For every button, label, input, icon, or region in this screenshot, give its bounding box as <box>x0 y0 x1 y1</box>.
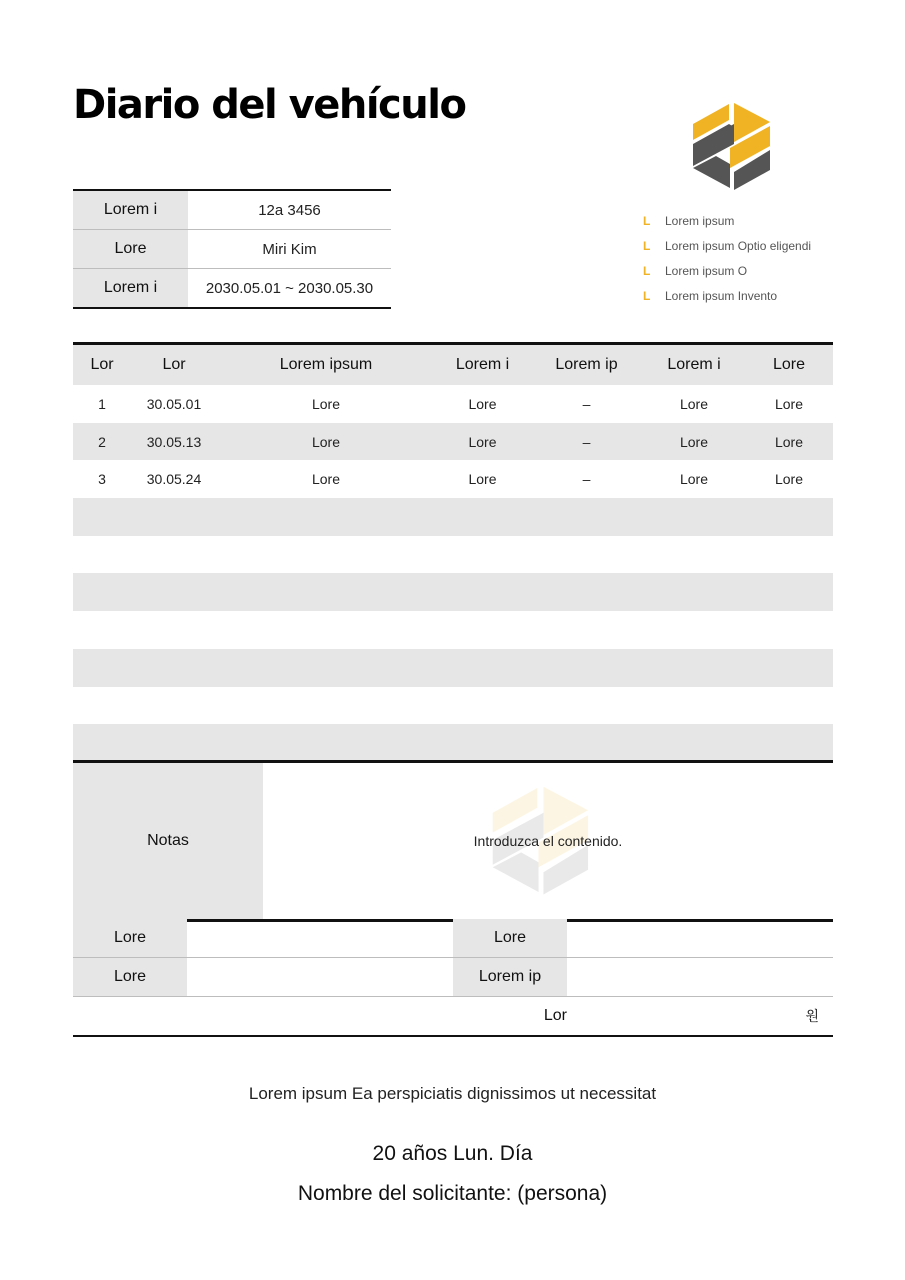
table-cell[interactable]: Lore <box>217 423 435 461</box>
applicant-line: Nombre del solicitante: (persona) <box>0 1182 905 1206</box>
table-cell[interactable] <box>745 724 833 762</box>
legend-item: LLorem ipsum <box>643 208 811 233</box>
info-row: Lorem i 12a 3456 <box>73 190 391 230</box>
corner-marker-icon: L <box>643 289 665 303</box>
form-row: Lore Lorem ip <box>73 958 833 997</box>
column-header: Lor <box>73 344 131 386</box>
empty-table-row <box>73 498 833 536</box>
column-header: Lorem ip <box>530 344 643 386</box>
info-value[interactable]: 12a 3456 <box>188 190 391 230</box>
table-cell[interactable] <box>217 724 435 762</box>
table-cell[interactable] <box>131 536 217 574</box>
table-cell[interactable] <box>131 573 217 611</box>
table-cell[interactable] <box>131 724 217 762</box>
table-cell[interactable]: 1 <box>73 385 131 423</box>
column-header: Lore <box>745 344 833 386</box>
table-cell[interactable]: Lore <box>745 423 833 461</box>
table-cell[interactable] <box>435 536 530 574</box>
table-cell[interactable] <box>745 611 833 649</box>
page-title: Diario del vehículo <box>73 82 465 128</box>
table-cell[interactable] <box>530 536 643 574</box>
table-cell[interactable]: Lore <box>435 385 530 423</box>
summary-form-table: Lore Lore Lore Lorem ip Lor 원 <box>73 919 833 1037</box>
table-cell[interactable] <box>217 611 435 649</box>
table-cell[interactable] <box>131 687 217 725</box>
corner-marker-icon: L <box>643 264 665 278</box>
table-cell[interactable] <box>217 573 435 611</box>
table-cell[interactable]: Lore <box>217 460 435 498</box>
table-cell[interactable] <box>73 687 131 725</box>
table-cell[interactable] <box>530 687 643 725</box>
statement-text: Lorem ipsum Ea perspiciatis dignissimos … <box>0 1084 905 1104</box>
legend-list: LLorem ipsum LLorem ipsum Optio eligendi… <box>643 208 811 308</box>
table-row: 130.05.01LoreLore–LoreLore <box>73 385 833 423</box>
column-header: Lorem ipsum <box>217 344 435 386</box>
corner-marker-icon: L <box>643 214 665 228</box>
table-cell[interactable]: Lore <box>643 460 745 498</box>
notes-input[interactable]: Introduzca el contenido. <box>263 763 833 919</box>
total-row: Lor 원 <box>73 997 833 1037</box>
table-cell[interactable] <box>131 649 217 687</box>
table-cell[interactable] <box>530 649 643 687</box>
table-cell[interactable] <box>73 498 131 536</box>
info-row: Lore Miri Kim <box>73 230 391 269</box>
currency-unit[interactable]: 원 <box>567 997 833 1037</box>
table-cell[interactable]: Lore <box>435 423 530 461</box>
empty-table-row <box>73 573 833 611</box>
form-label: Lore <box>73 958 187 997</box>
corner-marker-icon: L <box>643 239 665 253</box>
table-cell[interactable]: Lore <box>643 385 745 423</box>
empty-table-row <box>73 687 833 725</box>
form-row: Lore Lore <box>73 919 833 958</box>
legend-item: LLorem ipsum O <box>643 258 811 283</box>
vehicle-log-table: Lor Lor Lorem ipsum Lorem i Lorem ip Lor… <box>73 342 833 762</box>
table-cell[interactable]: Lore <box>217 385 435 423</box>
legend-item: LLorem ipsum Optio eligendi <box>643 233 811 258</box>
table-cell[interactable] <box>530 724 643 762</box>
table-cell[interactable]: – <box>530 460 643 498</box>
table-cell[interactable] <box>745 649 833 687</box>
table-cell[interactable] <box>73 611 131 649</box>
notes-section: Notas Introduzca el contenido. <box>73 760 833 922</box>
form-field[interactable] <box>567 919 833 958</box>
table-cell[interactable] <box>131 611 217 649</box>
table-cell[interactable] <box>73 724 131 762</box>
info-label: Lorem i <box>73 269 188 309</box>
column-header: Lorem i <box>435 344 530 386</box>
table-cell[interactable] <box>73 573 131 611</box>
table-cell[interactable] <box>643 498 745 536</box>
info-value[interactable]: 2030.05.01 ~ 2030.05.30 <box>188 269 391 309</box>
table-cell[interactable] <box>217 536 435 574</box>
date-line: 20 años Lun. Día <box>0 1142 905 1166</box>
table-cell[interactable]: 2 <box>73 423 131 461</box>
empty-table-row <box>73 724 833 762</box>
info-label: Lorem i <box>73 190 188 230</box>
column-header: Lorem i <box>643 344 745 386</box>
table-cell[interactable] <box>530 611 643 649</box>
form-field[interactable] <box>567 958 833 997</box>
total-label: Lor <box>73 997 567 1037</box>
info-value[interactable]: Miri Kim <box>188 230 391 269</box>
table-cell[interactable] <box>435 573 530 611</box>
table-cell[interactable] <box>217 687 435 725</box>
table-cell[interactable]: Lore <box>643 423 745 461</box>
table-cell[interactable] <box>643 573 745 611</box>
form-label: Lore <box>453 919 567 958</box>
hexagon-logo-icon <box>690 100 774 192</box>
table-cell[interactable] <box>530 573 643 611</box>
form-field[interactable] <box>187 919 453 958</box>
table-cell[interactable] <box>435 611 530 649</box>
form-label: Lore <box>73 919 187 958</box>
form-label: Lorem ip <box>453 958 567 997</box>
table-cell[interactable] <box>217 498 435 536</box>
table-cell[interactable] <box>435 498 530 536</box>
table-cell[interactable] <box>643 536 745 574</box>
table-row: 330.05.24LoreLore–LoreLore <box>73 460 833 498</box>
table-cell[interactable] <box>435 724 530 762</box>
table-cell[interactable] <box>745 536 833 574</box>
table-cell[interactable]: 30.05.24 <box>131 460 217 498</box>
vehicle-info-table: Lorem i 12a 3456 Lore Miri Kim Lorem i 2… <box>73 189 391 309</box>
notes-placeholder: Introduzca el contenido. <box>474 833 623 849</box>
table-cell[interactable] <box>73 536 131 574</box>
table-cell[interactable] <box>745 498 833 536</box>
log-header-row: Lor Lor Lorem ipsum Lorem i Lorem ip Lor… <box>73 344 833 386</box>
table-cell[interactable]: 30.05.01 <box>131 385 217 423</box>
table-cell[interactable] <box>530 498 643 536</box>
table-cell[interactable]: – <box>530 423 643 461</box>
empty-table-row <box>73 611 833 649</box>
table-cell[interactable] <box>745 687 833 725</box>
empty-table-row <box>73 649 833 687</box>
table-cell[interactable]: Lore <box>745 385 833 423</box>
table-cell[interactable] <box>643 687 745 725</box>
column-header: Lor <box>131 344 217 386</box>
table-cell[interactable]: 30.05.13 <box>131 423 217 461</box>
table-cell[interactable] <box>131 498 217 536</box>
table-cell[interactable] <box>435 649 530 687</box>
empty-table-row <box>73 536 833 574</box>
table-row: 230.05.13LoreLore–LoreLore <box>73 423 833 461</box>
table-cell[interactable] <box>435 687 530 725</box>
notes-label: Notas <box>73 763 263 919</box>
table-cell[interactable]: Lore <box>435 460 530 498</box>
info-row: Lorem i 2030.05.01 ~ 2030.05.30 <box>73 269 391 309</box>
table-cell[interactable]: 3 <box>73 460 131 498</box>
table-cell[interactable]: – <box>530 385 643 423</box>
table-cell[interactable]: Lore <box>745 460 833 498</box>
table-cell[interactable] <box>643 724 745 762</box>
legend-item: LLorem ipsum Invento <box>643 283 811 308</box>
table-cell[interactable] <box>73 649 131 687</box>
table-cell[interactable] <box>643 649 745 687</box>
table-cell[interactable] <box>217 649 435 687</box>
form-field[interactable] <box>187 958 453 997</box>
table-cell[interactable] <box>643 611 745 649</box>
table-cell[interactable] <box>745 573 833 611</box>
info-label: Lore <box>73 230 188 269</box>
